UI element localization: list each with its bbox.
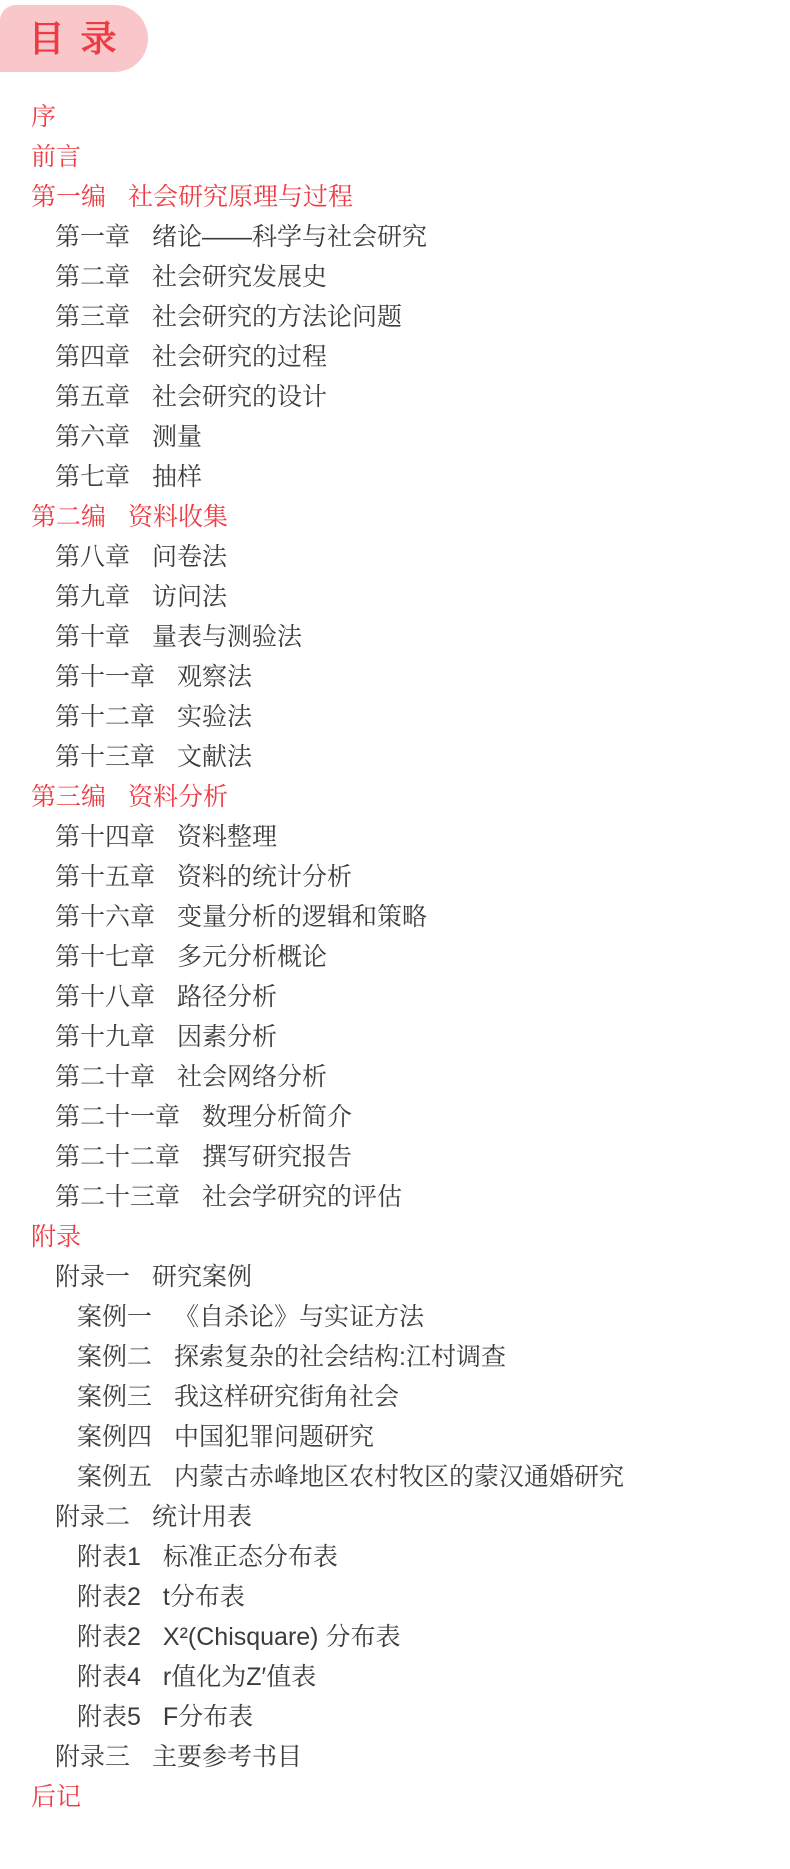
toc-item-title: X²(Chisquare) 分布表 bbox=[163, 1617, 401, 1653]
toc-item-label: 第六章 bbox=[55, 417, 130, 453]
toc-item-label: 第七章 bbox=[55, 457, 130, 493]
toc-item-title: 数理分析简介 bbox=[202, 1097, 352, 1133]
toc-entry-item[interactable]: 附表2t分布表 bbox=[0, 1575, 790, 1615]
toc-item-label: 第十八章 bbox=[55, 977, 155, 1013]
toc-item-title: 社会研究的方法论问题 bbox=[152, 297, 402, 333]
toc-section-item[interactable]: 前言 bbox=[0, 135, 790, 175]
toc-section-item[interactable]: 后记 bbox=[0, 1775, 790, 1815]
toc-item-title: 主要参考书目 bbox=[152, 1737, 302, 1773]
toc-section-item[interactable]: 第二编资料收集 bbox=[0, 495, 790, 535]
toc-entry-item[interactable]: 第十九章因素分析 bbox=[0, 1015, 790, 1055]
toc-item-label: 第八章 bbox=[55, 537, 130, 573]
toc-item-title: r值化为Z′值表 bbox=[163, 1657, 316, 1693]
toc-item-title: 实验法 bbox=[177, 697, 252, 733]
toc-item-title: 抽样 bbox=[152, 457, 202, 493]
toc-entry-item[interactable]: 第十六章变量分析的逻辑和策略 bbox=[0, 895, 790, 935]
toc-entry-item[interactable]: 附表2X²(Chisquare) 分布表 bbox=[0, 1615, 790, 1655]
toc-item-label: 附表1 bbox=[77, 1537, 141, 1573]
toc-item-title: 访问法 bbox=[152, 577, 227, 613]
toc-item-title: 我这样研究街角社会 bbox=[174, 1377, 399, 1413]
toc-item-label: 第三章 bbox=[55, 297, 130, 333]
toc-item-label: 第十章 bbox=[55, 617, 130, 653]
toc-item-label: 附录三 bbox=[55, 1737, 130, 1773]
toc-item-label: 案例三 bbox=[77, 1377, 152, 1413]
toc-item-label: 附表4 bbox=[77, 1657, 141, 1693]
toc-entry-item[interactable]: 第二十二章撰写研究报告 bbox=[0, 1135, 790, 1175]
toc-item-label: 后记 bbox=[31, 1777, 81, 1813]
toc-item-title: 内蒙古赤峰地区农村牧区的蒙汉通婚研究 bbox=[174, 1457, 624, 1493]
toc-item-title: 标准正态分布表 bbox=[163, 1537, 338, 1573]
toc-item-label: 第十一章 bbox=[55, 657, 155, 693]
toc-entry-item[interactable]: 附表4r值化为Z′值表 bbox=[0, 1655, 790, 1695]
toc-item-label: 第二十一章 bbox=[55, 1097, 180, 1133]
toc-item-title: 资料整理 bbox=[177, 817, 277, 853]
toc-item-label: 第十五章 bbox=[55, 857, 155, 893]
toc-item-title: 文献法 bbox=[177, 737, 252, 773]
toc-entry-item[interactable]: 第十八章路径分析 bbox=[0, 975, 790, 1015]
toc-item-title: 资料收集 bbox=[128, 497, 228, 533]
toc-item-title: 测量 bbox=[152, 417, 202, 453]
toc-entry-item[interactable]: 第四章社会研究的过程 bbox=[0, 335, 790, 375]
toc-item-label: 附表2 bbox=[77, 1617, 141, 1653]
toc-entry-item[interactable]: 第十三章文献法 bbox=[0, 735, 790, 775]
page-title: 目 录 bbox=[28, 21, 119, 57]
toc-item-title: 社会研究的设计 bbox=[152, 377, 327, 413]
toc-item-title: 社会研究原理与过程 bbox=[128, 177, 353, 213]
toc-entry-item[interactable]: 第一章绪论——科学与社会研究 bbox=[0, 215, 790, 255]
toc-item-label: 第三编 bbox=[31, 777, 106, 813]
toc-entry-item[interactable]: 第十一章观察法 bbox=[0, 655, 790, 695]
toc-entry-item[interactable]: 附表5F分布表 bbox=[0, 1695, 790, 1735]
toc-entry-item[interactable]: 第十四章资料整理 bbox=[0, 815, 790, 855]
toc-entry-item[interactable]: 第十章量表与测验法 bbox=[0, 615, 790, 655]
toc-entry-item[interactable]: 第二章社会研究发展史 bbox=[0, 255, 790, 295]
toc-item-title: 因素分析 bbox=[177, 1017, 277, 1053]
toc-item-label: 附表5 bbox=[77, 1697, 141, 1733]
toc-title-badge: 目 录 bbox=[0, 5, 148, 72]
toc-entry-item[interactable]: 第十七章多元分析概论 bbox=[0, 935, 790, 975]
toc-entry-item[interactable]: 第九章访问法 bbox=[0, 575, 790, 615]
toc-entry-item[interactable]: 案例二探索复杂的社会结构:江村调查 bbox=[0, 1335, 790, 1375]
toc-item-label: 第十二章 bbox=[55, 697, 155, 733]
toc-section-item[interactable]: 第三编资料分析 bbox=[0, 775, 790, 815]
toc-item-title: 社会研究发展史 bbox=[152, 257, 327, 293]
toc-item-label: 附录二 bbox=[55, 1497, 130, 1533]
toc-item-label: 第二十章 bbox=[55, 1057, 155, 1093]
toc-item-title: 统计用表 bbox=[152, 1497, 252, 1533]
toc-item-title: 量表与测验法 bbox=[152, 617, 302, 653]
toc-entry-item[interactable]: 案例三我这样研究街角社会 bbox=[0, 1375, 790, 1415]
toc-entry-item[interactable]: 案例五内蒙古赤峰地区农村牧区的蒙汉通婚研究 bbox=[0, 1455, 790, 1495]
toc-section-item[interactable]: 附录 bbox=[0, 1215, 790, 1255]
toc-item-title: 研究案例 bbox=[152, 1257, 252, 1293]
toc-entry-item[interactable]: 第二十一章数理分析简介 bbox=[0, 1095, 790, 1135]
toc-item-title: 中国犯罪问题研究 bbox=[174, 1417, 374, 1453]
toc-item-label: 案例五 bbox=[77, 1457, 152, 1493]
toc-item-label: 第十七章 bbox=[55, 937, 155, 973]
toc-item-label: 第五章 bbox=[55, 377, 130, 413]
toc-item-label: 第二十三章 bbox=[55, 1177, 180, 1213]
toc-item-label: 案例二 bbox=[77, 1337, 152, 1373]
toc-item-title: 路径分析 bbox=[177, 977, 277, 1013]
toc-item-label: 附录一 bbox=[55, 1257, 130, 1293]
toc-entry-item[interactable]: 附表1标准正态分布表 bbox=[0, 1535, 790, 1575]
toc-item-title: 《自杀论》与实证方法 bbox=[174, 1297, 424, 1333]
toc-item-title: 探索复杂的社会结构:江村调查 bbox=[174, 1337, 506, 1373]
toc-item-label: 第十四章 bbox=[55, 817, 155, 853]
toc-item-label: 序 bbox=[31, 97, 56, 133]
toc-entry-item[interactable]: 案例一《自杀论》与实证方法 bbox=[0, 1295, 790, 1335]
toc-item-label: 前言 bbox=[31, 137, 81, 173]
toc-item-title: t分布表 bbox=[163, 1577, 245, 1613]
toc-entry-item[interactable]: 案例四中国犯罪问题研究 bbox=[0, 1415, 790, 1455]
toc-section-item[interactable]: 第一编社会研究原理与过程 bbox=[0, 175, 790, 215]
toc-item-title: 资料分析 bbox=[128, 777, 228, 813]
toc-section-item[interactable]: 序 bbox=[0, 95, 790, 135]
toc-item-title: 变量分析的逻辑和策略 bbox=[177, 897, 427, 933]
toc-item-title: F分布表 bbox=[163, 1697, 253, 1733]
toc-entry-item[interactable]: 第十二章实验法 bbox=[0, 695, 790, 735]
toc-item-title: 社会网络分析 bbox=[177, 1057, 327, 1093]
toc-item-label: 第四章 bbox=[55, 337, 130, 373]
toc-entry-item[interactable]: 第八章问卷法 bbox=[0, 535, 790, 575]
toc-item-label: 第十九章 bbox=[55, 1017, 155, 1053]
toc-item-label: 附表2 bbox=[77, 1577, 141, 1613]
toc-item-label: 案例四 bbox=[77, 1417, 152, 1453]
toc-item-label: 第十六章 bbox=[55, 897, 155, 933]
toc-item-label: 案例一 bbox=[77, 1297, 152, 1333]
toc-item-title: 社会研究的过程 bbox=[152, 337, 327, 373]
toc-item-label: 第九章 bbox=[55, 577, 130, 613]
toc-entry-item[interactable]: 附录二统计用表 bbox=[0, 1495, 790, 1535]
toc-item-label: 第二十二章 bbox=[55, 1137, 180, 1173]
toc-item-title: 资料的统计分析 bbox=[177, 857, 352, 893]
toc-item-label: 第一章 bbox=[55, 217, 130, 253]
toc-entry-item[interactable]: 第二十章社会网络分析 bbox=[0, 1055, 790, 1095]
toc-item-label: 第一编 bbox=[31, 177, 106, 213]
toc-entry-item[interactable]: 第十五章资料的统计分析 bbox=[0, 855, 790, 895]
toc-item-title: 问卷法 bbox=[152, 537, 227, 573]
toc-entry-item[interactable]: 第七章抽样 bbox=[0, 455, 790, 495]
toc-item-title: 观察法 bbox=[177, 657, 252, 693]
toc-entry-item[interactable]: 第二十三章社会学研究的评估 bbox=[0, 1175, 790, 1215]
toc-entry-item[interactable]: 附录三主要参考书目 bbox=[0, 1735, 790, 1775]
toc-item-label: 第十三章 bbox=[55, 737, 155, 773]
toc-list: 序前言第一编社会研究原理与过程第一章绪论——科学与社会研究第二章社会研究发展史第… bbox=[0, 95, 790, 1815]
toc-item-title: 社会学研究的评估 bbox=[202, 1177, 402, 1213]
toc-item-label: 第二章 bbox=[55, 257, 130, 293]
toc-item-title: 撰写研究报告 bbox=[202, 1137, 352, 1173]
toc-item-label: 附录 bbox=[31, 1217, 81, 1253]
toc-item-title: 多元分析概论 bbox=[177, 937, 327, 973]
toc-item-label: 第二编 bbox=[31, 497, 106, 533]
toc-item-title: 绪论——科学与社会研究 bbox=[152, 217, 427, 253]
toc-entry-item[interactable]: 第五章社会研究的设计 bbox=[0, 375, 790, 415]
toc-entry-item[interactable]: 第三章社会研究的方法论问题 bbox=[0, 295, 790, 335]
toc-entry-item[interactable]: 第六章测量 bbox=[0, 415, 790, 455]
toc-entry-item[interactable]: 附录一研究案例 bbox=[0, 1255, 790, 1295]
